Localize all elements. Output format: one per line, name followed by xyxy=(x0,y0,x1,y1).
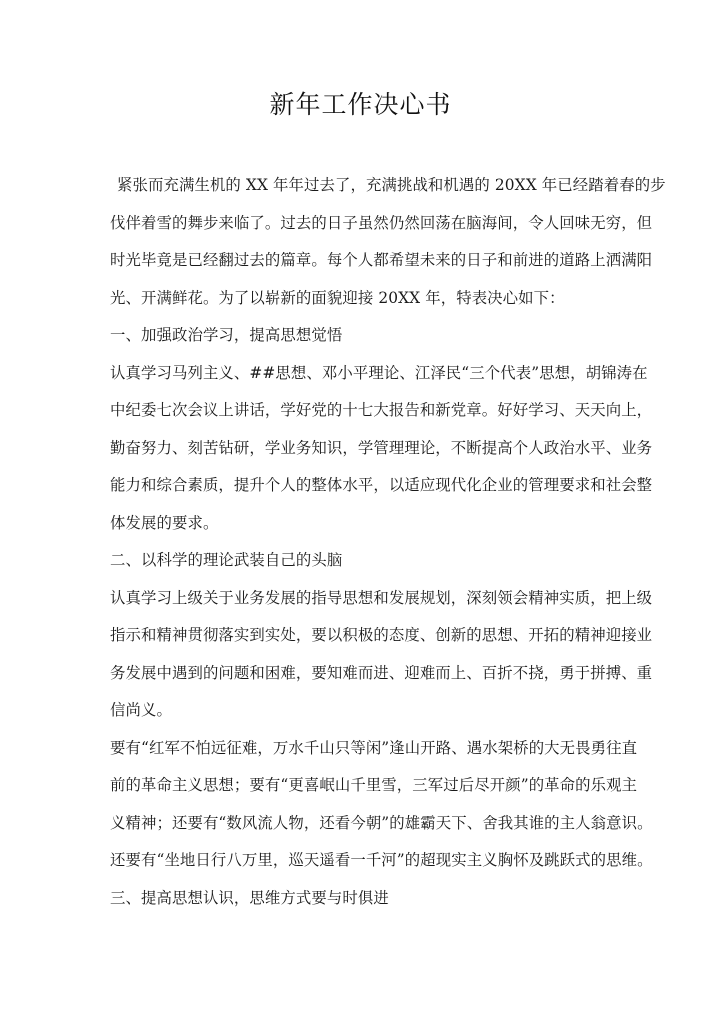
section-heading-1: 一、加强政治学习，提高思想觉悟 xyxy=(110,317,620,355)
section-2-quote-line-4: 还要有“坐地日行八万里，巡天遥看一千河”的超现实主义胸怀及跳跃式的思维。 xyxy=(110,842,620,880)
paragraph-intro-line-3: 时光毕竟是已经翻过去的篇章。每个人都希望未来的日子和前进的道路上洒满阳 xyxy=(110,242,620,280)
document-title: 新年工作决心书 xyxy=(0,88,721,122)
section-2-line-1: 认真学习上级关于业务发展的指导思想和发展规划，深刻领会精神实质，把上级 xyxy=(110,580,620,618)
section-2-line-2: 指示和精神贯彻落实到实处，要以积极的态度、创新的思想、开拓的精神迎接业 xyxy=(110,617,620,655)
section-1-line-1: 认真学习马列主义、##思想、邓小平理论、江泽民“三个代表”思想，胡锦涛在 xyxy=(110,355,620,393)
paragraph-intro-line-4: 光、开满鲜花。为了以崭新的面貌迎接 20XX 年，特表决心如下： xyxy=(110,280,620,318)
section-1-line-3: 勤奋努力、刻苦钻研，学业务知识，学管理理论，不断提高个人政治水平、业务 xyxy=(110,430,620,468)
section-2-quote-line-1: 要有“红军不怕远征难，万水千山只等闲”逢山开路、遇水架桥的大无畏勇往直 xyxy=(110,730,620,768)
section-2-quote-line-2: 前的革命主义思想；要有“更喜岷山千里雪，三军过后尽开颜”的革命的乐观主 xyxy=(110,767,620,805)
section-1-line-5: 体发展的要求。 xyxy=(110,505,620,543)
section-heading-2: 二、以科学的理论武装自己的头脑 xyxy=(110,542,620,580)
section-1-line-4: 能力和综合素质，提升个人的整体水平，以适应现代化企业的管理要求和社会整 xyxy=(110,467,620,505)
paragraph-intro-line-1: 紧张而充满生机的 XX 年年过去了，充满挑战和机遇的 20XX 年已经踏着春的步 xyxy=(110,167,620,205)
document-body: 紧张而充满生机的 XX 年年过去了，充满挑战和机遇的 20XX 年已经踏着春的步… xyxy=(110,167,620,917)
section-2-line-3: 务发展中遇到的问题和困难，要知难而进、迎难而上、百折不挠，勇于拼搏、重 xyxy=(110,655,620,693)
section-1-line-2: 中纪委七次会议上讲话，学好党的十七大报告和新党章。好好学习、天天向上， xyxy=(110,392,620,430)
section-2-line-4: 信尚义。 xyxy=(110,692,620,730)
document-page: 新年工作决心书 紧张而充满生机的 XX 年年过去了，充满挑战和机遇的 20XX … xyxy=(0,0,721,1020)
paragraph-intro-line-2: 伐伴着雪的舞步来临了。过去的日子虽然仍然回荡在脑海间，令人回味无穷，但 xyxy=(110,205,620,243)
section-heading-3: 三、提高思想认识，思维方式要与时俱进 xyxy=(110,880,620,918)
section-2-quote-line-3: 义精神；还要有“数风流人物，还看今朝”的雄霸天下、舍我其谁的主人翁意识。 xyxy=(110,805,620,843)
